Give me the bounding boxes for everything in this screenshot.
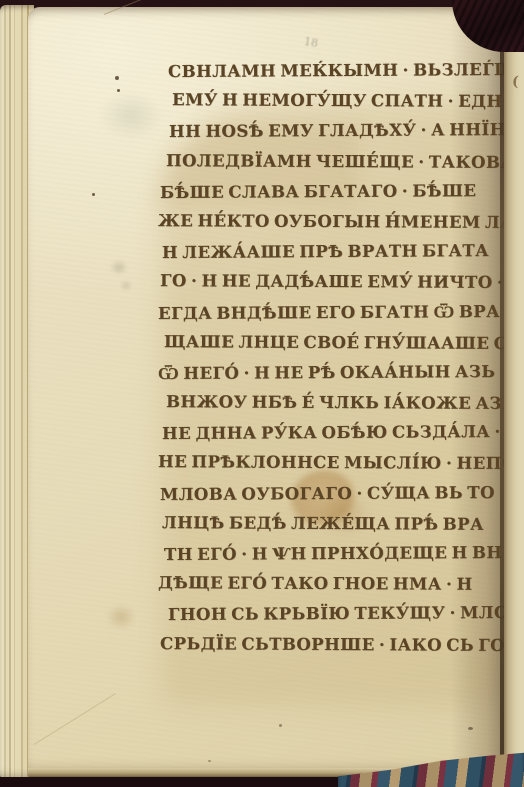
- manuscript-line: НЕ ПРѢКЛОННСЕ МЫСЛІ́Ю · НЕПО: [158, 448, 504, 480]
- manuscript-line: ТН ЕГО́ · Н ѰН ПРНХО́ДЕЩЕ Н ВН: [164, 538, 504, 570]
- manuscript-line: ЕГДА ВНДѢ́ШЕ ЕГО БГАТН Ѿ ВРА: [158, 296, 504, 328]
- ink-speck: [117, 89, 120, 92]
- water-stain: [106, 604, 136, 630]
- gray-stain: [110, 260, 128, 275]
- manuscript-line: ГНОН СЬ КРЬВЇЮ ТЕКУ́ЩУ · МЛО: [168, 598, 504, 630]
- manuscript-line: ЖЕ НЕ́КТО ОУБОГЫН Н́МЕНЕМ ЛАЗА: [158, 206, 504, 238]
- gray-stain: [120, 280, 132, 291]
- ink-speck: [92, 193, 95, 196]
- facing-page-text-mark: (: [511, 74, 519, 90]
- manuscript-line: ДѢЩЕ ЕГО́ ТАКО ГНОЕ НМА · Н: [158, 568, 504, 600]
- showthrough-mark: [100, 92, 162, 140]
- ink-speck: [208, 760, 211, 762]
- text-block: СВНЛАМН МЕЌКЫМН · ВЬЗЛЕЃШУЕМУ́ Н НЕМОГУ́…: [158, 56, 504, 660]
- manuscript-line: БѢ́ШЕ СЛАВА БГАТАГО · БѢ́ШЕ: [160, 176, 504, 208]
- facing-page-edge: (: [504, 40, 524, 756]
- manuscript-line: НН НОЅѢ́ ЕМУ ГЛАДѢХУ́ · А ННЇН: [169, 115, 504, 147]
- manuscript-line: ПОЛЕДВЇАМН ЧЕШЕ́ЩЕ · ТАКОВА: [166, 146, 504, 178]
- ink-speck: [468, 727, 473, 730]
- manuscript-line: ЩАШЕ ЛНЦЕ СВОЕ́ ГНУ́ШААШЕ СЕ: [164, 327, 504, 359]
- manuscript-line: СВНЛАМН МЕЌКЫМН · ВЬЗЛЕЃШУ: [168, 55, 504, 87]
- manuscript-line: ГО · Н НЕ ДАДѢ́АШЕ ЕМУ́ НИЧТО ·: [160, 266, 504, 298]
- manuscript-line: Ѿ НЕГО́ · Н НЕ РѢ́ ОКАА́НЫН АЗЬ: [158, 357, 504, 389]
- manuscript-line: НЕ ДННА РУ́КА ОБѢ́Ю СЬЗДА́ЛА ·: [162, 417, 504, 449]
- manuscript-line: МЛОВА ОУБОГАГО · СУ́ЩА ВЬ ТО: [160, 478, 504, 510]
- manuscript-line: Н ЛЕЖА́АШЕ ПРѢ ВРАТН БГАТА: [162, 236, 504, 268]
- manuscript-line: ЛНЦѢ БЕДѢ́ ЛЕЖЕ́ЩА ПРѢ́ ВРА: [162, 508, 504, 540]
- ink-speck: [279, 724, 282, 727]
- pencil-mark: 18: [303, 35, 319, 50]
- manuscript-line: ВНЖОУ НБѢ Е́ ЧЛКЬ ІА́КОЖЕ АЗЬ ·: [166, 387, 504, 419]
- manuscript-line: ЕМУ́ Н НЕМОГУ́ЩУ СПАТН · ЕДН: [172, 85, 504, 117]
- manuscript-photo: 18 СВНЛАМН МЕЌКЫМН · ВЬЗЛЕЃШУЕМУ́ Н НЕМО…: [0, 0, 524, 787]
- ink-speck: [115, 76, 119, 80]
- manuscript-line: СРЬДЇЕ СЬТВОРНШЕ · ІАКО СЬ ГОБОЮ: [160, 629, 504, 661]
